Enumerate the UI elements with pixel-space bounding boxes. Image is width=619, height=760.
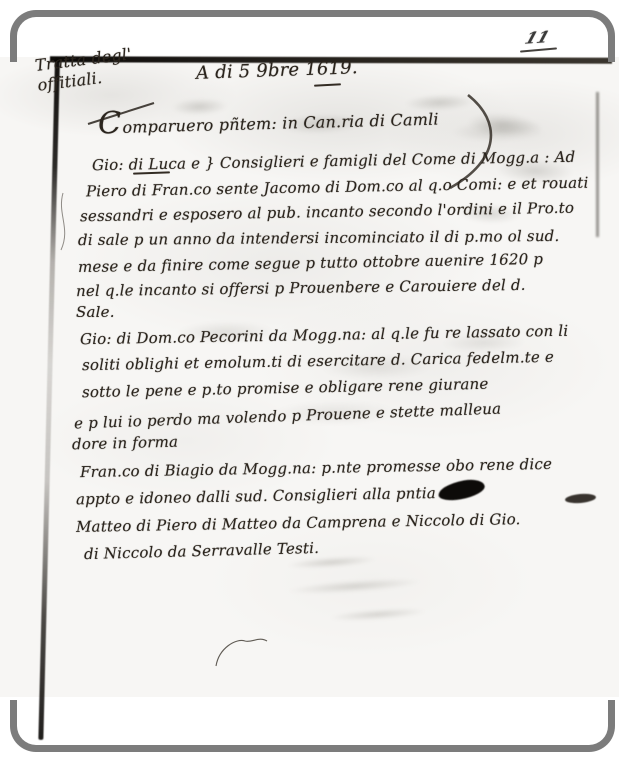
scan-frame-bottom: [10, 700, 615, 752]
body-line: Sale.: [76, 303, 115, 321]
page-right-edge-shadow: [596, 92, 599, 237]
ghost-bleedthrough-smudge: [139, 296, 572, 453]
body-line: dore in forma: [72, 433, 179, 454]
scan-frame-top: [10, 10, 615, 62]
scanned-manuscript-viewer: { "document": { "folio_number": "11", "m…: [0, 0, 619, 760]
ghost-bleedthrough-smudge: [426, 91, 609, 250]
